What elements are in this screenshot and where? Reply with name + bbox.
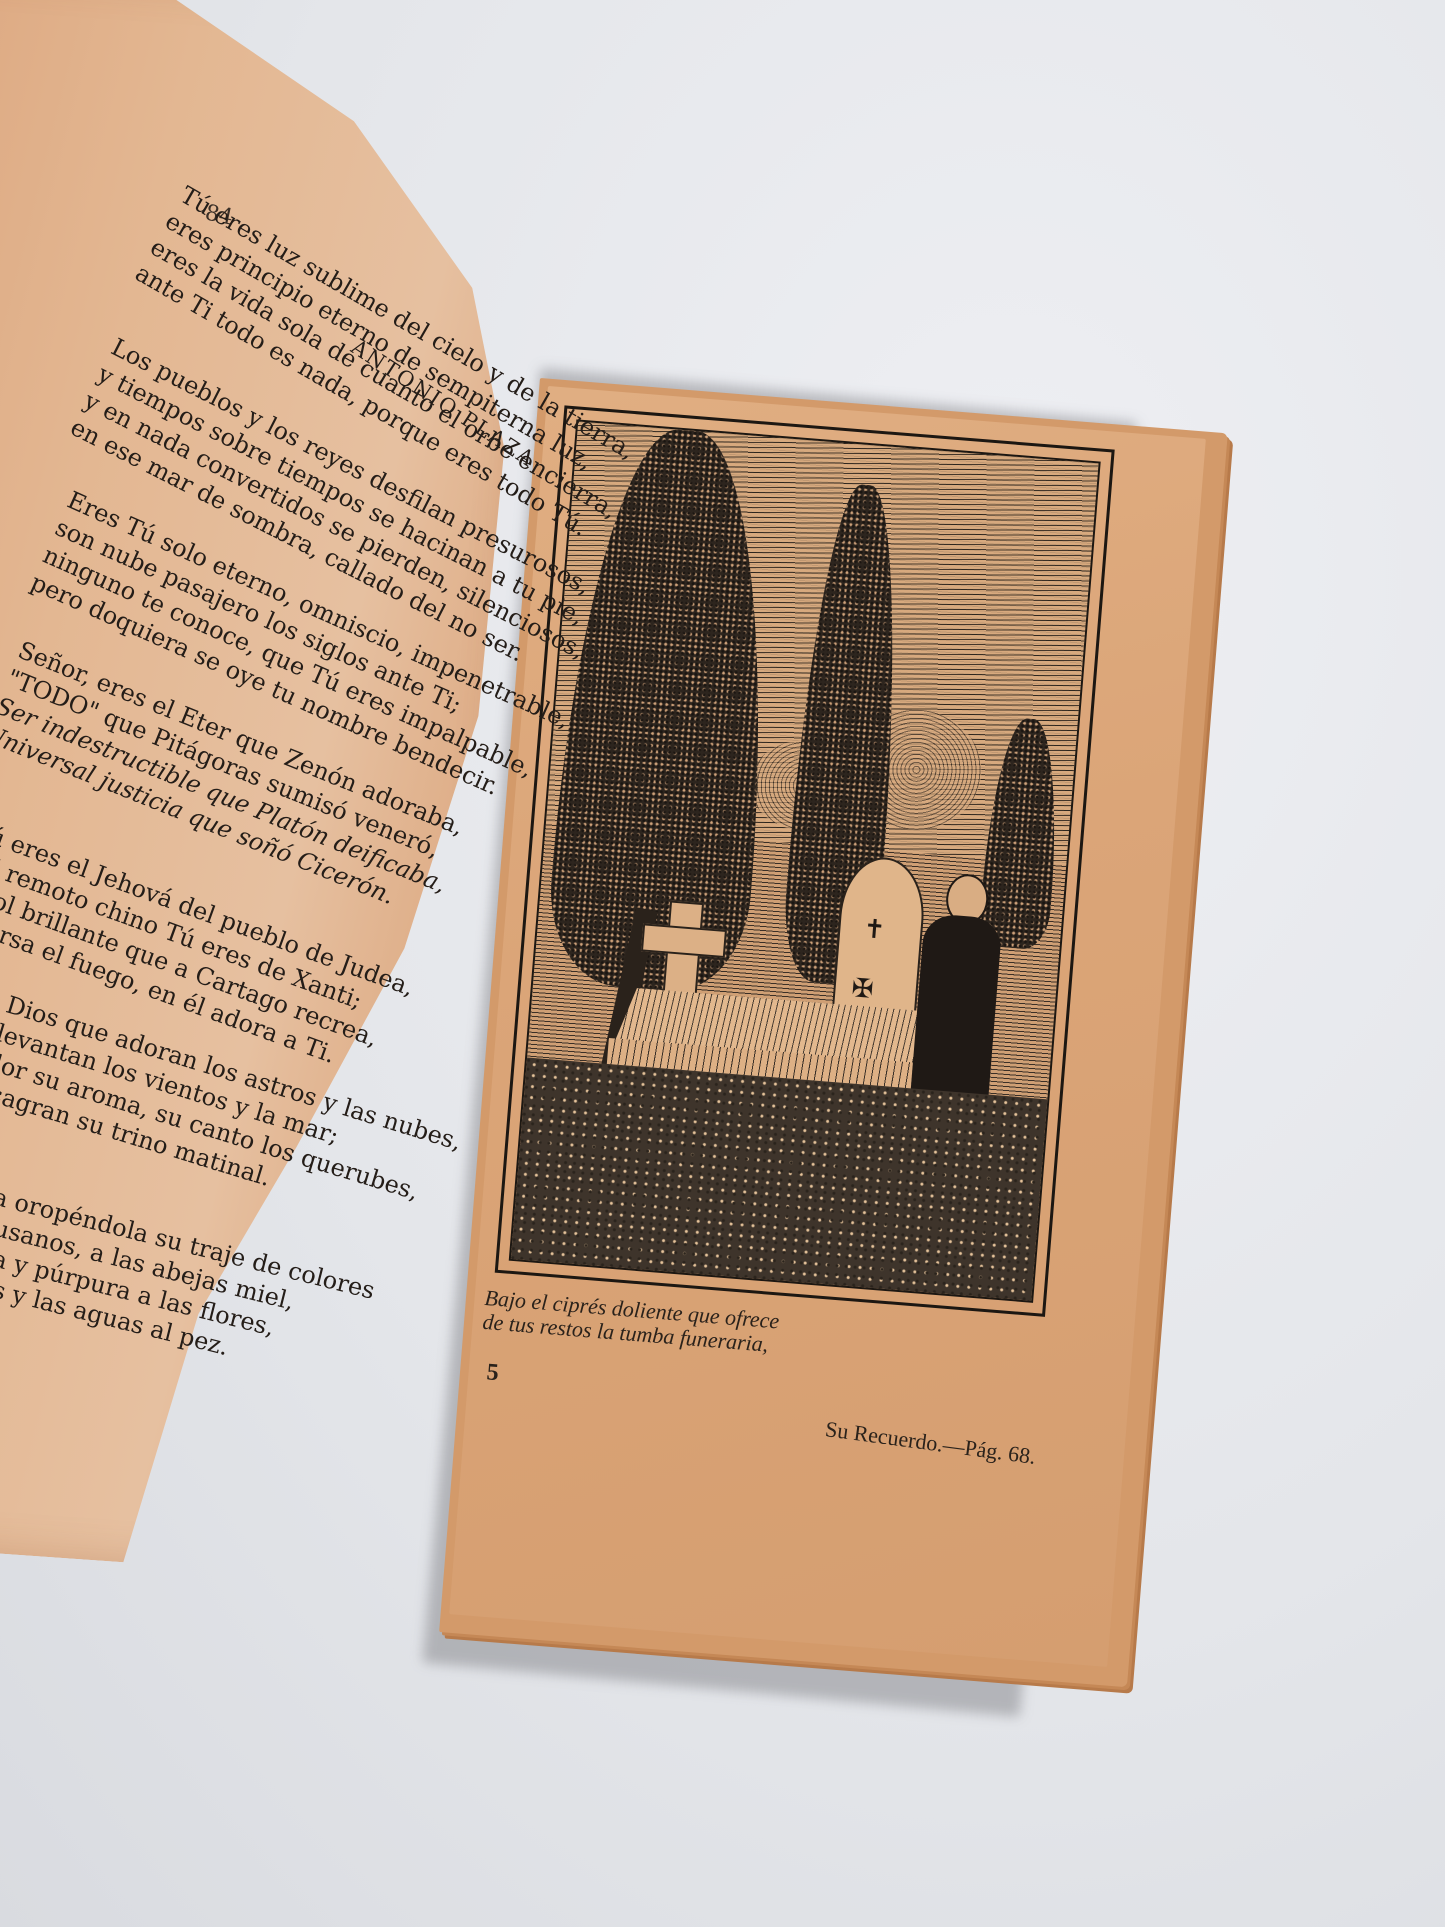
page-reference: Su Recuerdo.—Pág. 68.: [824, 1416, 1038, 1470]
headstone-cross-icon: ✝: [862, 916, 886, 944]
photo-scene: ✝ ✠ Bajo el ciprés doliente que ofrece d…: [0, 0, 1445, 1927]
grass-ground: [511, 1058, 1047, 1301]
grave-cross-icon: ✠: [851, 975, 875, 1003]
sheet-number: 5: [486, 1359, 500, 1387]
cemetery-illustration: ✝ ✠: [509, 419, 1101, 1302]
